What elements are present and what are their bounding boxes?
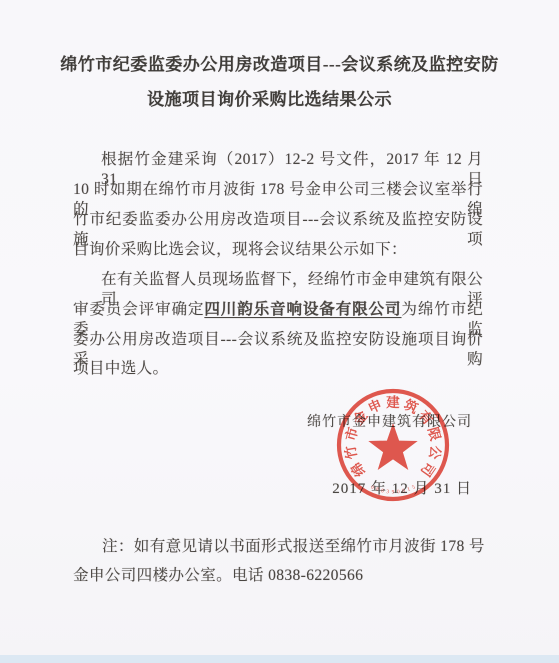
seal-arc-char: 限 — [425, 426, 443, 443]
notice-title-line1: 绵竹市纪委监委办公用房改造项目---会议系统及监控安防 — [0, 54, 559, 76]
scan-edge-artifact — [0, 655, 559, 663]
body-line-p1-2: 10 时如期在绵竹市月波街 178 号金申公司三楼会议室举行的绵 — [73, 180, 483, 202]
seal-serial-digit: 8 — [380, 488, 384, 495]
seal-serial-digit: 1 — [407, 486, 412, 493]
seal-arc-char: 建 — [386, 394, 400, 410]
seal-serial-digit: 8 — [375, 486, 380, 493]
body-line-p2-3: 委办公用房改造项目---会议系统及监控安防设施项目询价采购 — [73, 330, 483, 352]
body-line-p1-1: 根据竹金建采询（2017）12-2 号文件，2017 年 12 月 31 日 — [73, 150, 483, 172]
seal-serial-digit: 5 — [411, 484, 416, 491]
notice-title-line2: 设施项目询价采购比选结果公示 — [0, 89, 559, 111]
seal-arc-char: 竹 — [342, 444, 360, 461]
seal-serial-digit: 0 — [397, 489, 401, 495]
body-line-p2-2: 审委员会评审确定四川韵乐音响设备有限公司为绵竹市纪委监 — [73, 300, 483, 322]
seal-serial-digit: 0 — [402, 488, 406, 495]
official-seal: 绵竹市金申建筑有限公司 088390015 — [326, 378, 460, 512]
star-icon — [368, 423, 417, 470]
winner-company-underlined: 四川韵乐音响设备有限公司 — [204, 301, 401, 318]
seal-serial-digit: 9 — [392, 490, 395, 496]
note-line1: 注：如有意见请以书面形式报送至绵竹市月波街 178 号 — [73, 536, 485, 557]
note-line2-phone: 金申公司四楼办公室。电话 0838-6220566 — [73, 565, 485, 586]
seal-serial-digit: 3 — [386, 489, 390, 495]
body-text-prefix: 审委员会评审确定 — [73, 301, 204, 318]
seal-arc-char: 市 — [342, 425, 361, 443]
body-line-p1-4: 目询价采购比选会议，现将会议结果公示如下： — [73, 240, 483, 262]
body-line-p1-3: 竹市纪委监委办公用房改造项目---会议系统及监控安防设施项 — [73, 210, 483, 232]
seal-serial-number: 088390015 — [370, 484, 417, 495]
scanned-notice-page: 绵竹市纪委监委办公用房改造项目---会议系统及监控安防 设施项目询价采购比选结果… — [0, 0, 559, 663]
body-line-p2-1: 在有关监督人员现场监督下，经绵竹市金申建筑有限公司评 — [73, 270, 483, 292]
seal-serial-digit: 0 — [370, 484, 375, 491]
seal-arc-char: 公 — [426, 444, 443, 460]
